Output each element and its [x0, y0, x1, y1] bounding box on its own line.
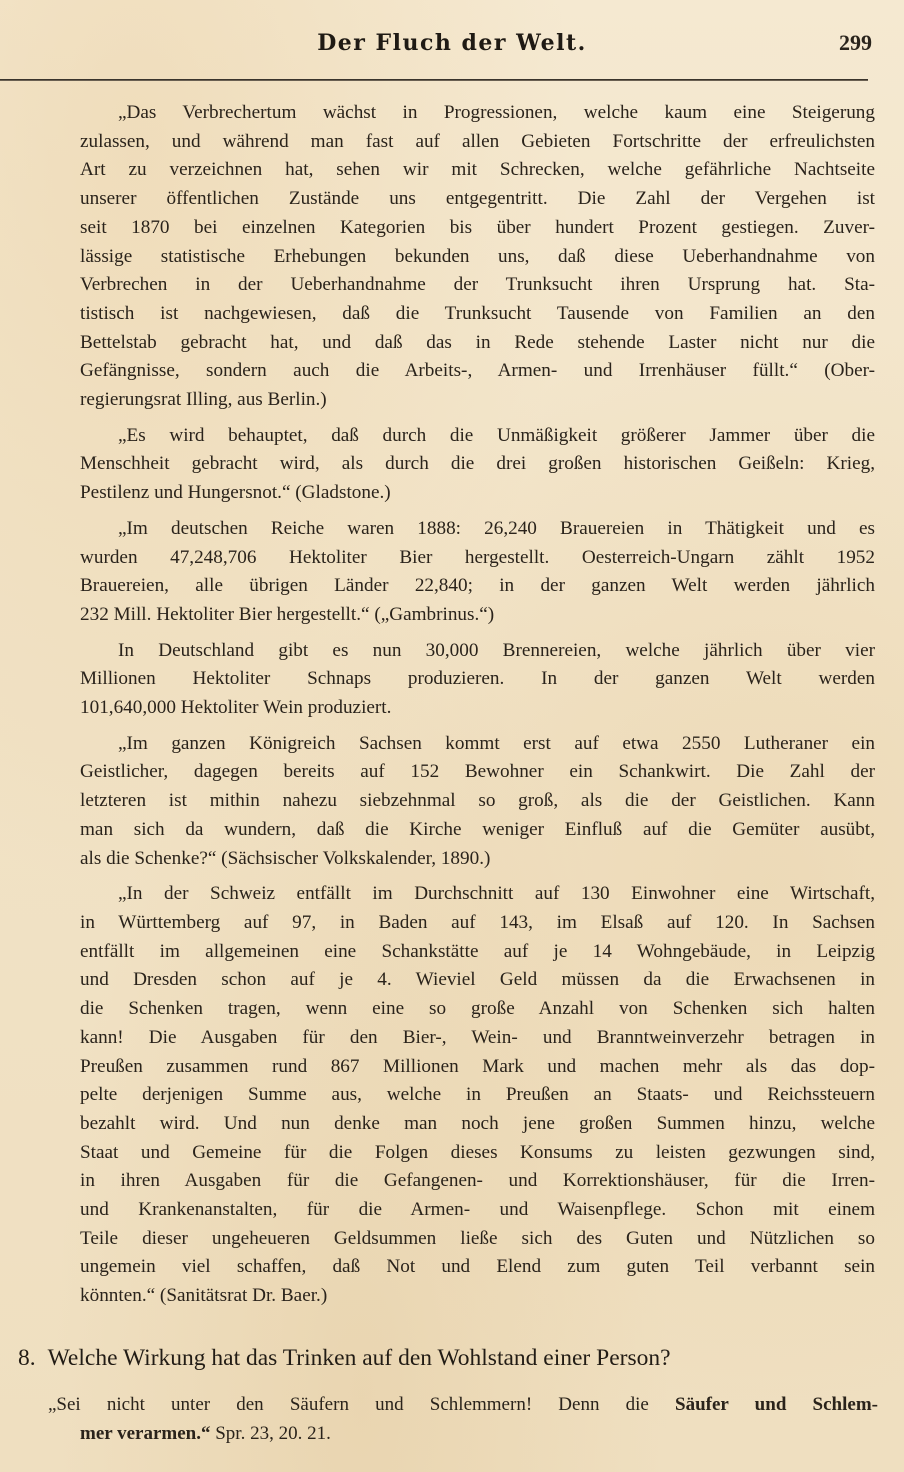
text-line: unserer öffentlichen Zustände uns entgeg… — [80, 185, 875, 214]
text-line: kann! Die Ausgaben für den Bier-, Wein- … — [80, 1024, 875, 1053]
verse-emphasis: Säufer und Schlem- — [675, 1394, 878, 1415]
text-line: man sich da wundern, daß die Kirche weni… — [80, 816, 875, 845]
question-text: Welche Wirkung hat das Trinken auf den W… — [48, 1345, 671, 1372]
text-line: „Im deutschen Reiche waren 1888: 26,240 … — [80, 515, 875, 544]
text-line: Art zu verzeichnen hat, sehen wir mit Sc… — [80, 156, 875, 185]
verse-line-1: „Sei nicht unter den Säufern und Schlemm… — [48, 1390, 878, 1419]
text-line: „Es wird behauptet, daß durch die Unmäßi… — [80, 422, 875, 451]
text-line: Menschheit gebracht wird, als durch die … — [80, 450, 875, 479]
paragraph: „In der Schweiz entfällt im Durchschnitt… — [80, 880, 875, 1311]
paragraph: „Das Verbrechertum wächst in Progression… — [80, 99, 875, 415]
text-line: 232 Mill. Hektoliter Bier hergestellt.“ … — [80, 601, 875, 630]
paragraph: In Deutschland gibt es nun 30,000 Brenne… — [80, 637, 875, 723]
text-line: lässige statistische Erhebungen bekunden… — [80, 243, 875, 272]
text-line: Gefängnisse, sondern auch die Arbeits-, … — [80, 357, 875, 386]
verse-line-2: mer verarmen.“ Spr. 23, 20. 21. — [48, 1419, 878, 1448]
text-line: Millionen Hektoliter Schnaps produzieren… — [80, 665, 875, 694]
text-line: und Dresden schon auf je 4. Wieviel Geld… — [80, 966, 875, 995]
text-line: regierungsrat Illing, aus Berlin.) — [80, 386, 875, 415]
text-line: letzteren ist mithin nahezu siebzehnmal … — [80, 787, 875, 816]
page-number: 299 — [839, 30, 872, 56]
text-line: Preußen zusammen rund 867 Millionen Mark… — [80, 1053, 875, 1082]
text-line: 101,640,000 Hektoliter Wein produziert. — [80, 694, 875, 723]
text-line: die Schenken tragen, wenn eine so große … — [80, 995, 875, 1024]
text-line: Brauereien, alle übrigen Länder 22,840; … — [80, 572, 875, 601]
verse-emphasis-cont: mer verarmen.“ — [80, 1423, 210, 1444]
text-line: pelte derjenigen Summe aus, welche in Pr… — [80, 1081, 875, 1110]
header-rule — [0, 79, 868, 81]
text-line: und Krankenanstalten, für die Armen- und… — [80, 1196, 875, 1225]
paragraph: „Im ganzen Königreich Sachsen kommt erst… — [80, 730, 875, 874]
text-line: „In der Schweiz entfällt im Durchschnitt… — [80, 880, 875, 909]
paragraph: „Es wird behauptet, daß durch die Unmäßi… — [80, 422, 875, 508]
text-line: zulassen, und während man fast auf allen… — [80, 128, 875, 157]
page-header: Der Fluch der Welt. 299 — [0, 26, 904, 66]
running-title: Der Fluch der Welt. — [0, 30, 904, 56]
text-line: bezahlt wird. Und nun denke man noch jen… — [80, 1110, 875, 1139]
text-line: entfällt im allgemeinen eine Schankstätt… — [80, 938, 875, 967]
text-line: als die Schenke?“ (Sächsischer Volkskale… — [80, 845, 875, 874]
body-text: „Das Verbrechertum wächst in Progression… — [80, 99, 875, 1318]
text-line: tistisch ist nachgewiesen, daß die Trunk… — [80, 300, 875, 329]
text-line: ungemein viel schaffen, daß Not und Elen… — [80, 1253, 875, 1282]
question-number: 8. — [18, 1345, 36, 1372]
text-line: Geistlicher, dagegen bereits auf 152 Bew… — [80, 758, 875, 787]
paragraph: „Im deutschen Reiche waren 1888: 26,240 … — [80, 515, 875, 630]
text-line: Verbrechen in der Ueberhandnahme der Tru… — [80, 271, 875, 300]
text-line: könnten.“ (Sanitätsrat Dr. Baer.) — [80, 1282, 875, 1311]
text-line: Teile dieser ungeheueren Geldsummen ließ… — [80, 1225, 875, 1254]
verse-text: „Sei nicht unter den Säufern und Schlemm… — [48, 1394, 675, 1415]
text-line: wurden 47,248,706 Hektoliter Bier herges… — [80, 544, 875, 573]
text-line: Bettelstab gebracht hat, und daß das in … — [80, 329, 875, 358]
bible-verse: „Sei nicht unter den Säufern und Schlemm… — [48, 1390, 878, 1448]
verse-reference: Spr. 23, 20. 21. — [210, 1423, 330, 1444]
text-line: Pestilenz und Hungersnot.“ (Gladstone.) — [80, 479, 875, 508]
text-line: In Deutschland gibt es nun 30,000 Brenne… — [80, 637, 875, 666]
text-line: „Das Verbrechertum wächst in Progression… — [80, 99, 875, 128]
text-line: Staat und Gemeine für die Folgen dieses … — [80, 1139, 875, 1168]
text-line: „Im ganzen Königreich Sachsen kommt erst… — [80, 730, 875, 759]
text-line: in Württemberg auf 97, in Baden auf 143,… — [80, 909, 875, 938]
text-line: in ihren Ausgaben für die Gefangenen- un… — [80, 1167, 875, 1196]
text-line: seit 1870 bei einzelnen Kategorien bis ü… — [80, 214, 875, 243]
question-heading: 8. Welche Wirkung hat das Trinken auf de… — [18, 1345, 880, 1372]
